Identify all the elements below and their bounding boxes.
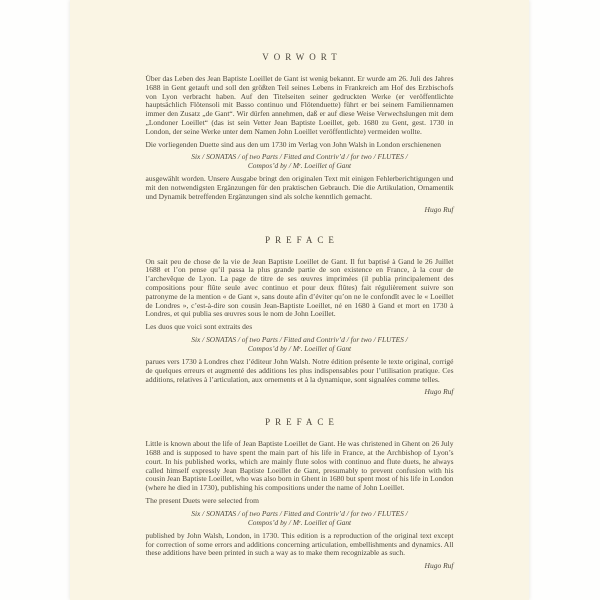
scanned-page: VORWORT Über das Leben des Jean Baptiste… [70,0,529,600]
signature: Hugo Ruf [146,206,454,215]
vorwort-paragraph-1: Über das Leben des Jean Baptiste Loeille… [146,75,454,137]
citation-line: Compos’d by / Mʳ. Loeillet of Gant [146,518,454,527]
signature: Hugo Ruf [146,562,454,571]
citation-block: Six / SONATAS / of two Parts / Fitted an… [146,335,454,353]
preface-french-heading: PREFACE [146,235,454,245]
preface-english-paragraph-2: published by John Walsh, London, in 1730… [146,532,454,558]
preface-english-section: PREFACE Little is known about the life o… [146,417,454,571]
citation-line: Compos’d by / Mʳ. Loeillet of Gant [146,161,454,170]
vorwort-intro-line: Die vorliegenden Duette sind aus den um … [146,141,454,150]
preface-french-paragraph-2: parues vers 1730 à Londres chez l’éditeu… [146,358,454,384]
signature: Hugo Ruf [146,388,454,397]
preface-english-heading: PREFACE [146,417,454,427]
citation-line: Six / SONATAS / of two Parts / Fitted an… [146,152,454,161]
preface-english-paragraph-1: Little is known about the life of Jean B… [146,440,454,493]
vorwort-paragraph-2: ausgewählt worden. Unsere Ausgabe bringt… [146,175,454,201]
citation-block: Six / SONATAS / of two Parts / Fitted an… [146,152,454,170]
vorwort-section: VORWORT Über das Leben des Jean Baptiste… [146,52,454,215]
citation-line: Six / SONATAS / of two Parts / Fitted an… [146,509,454,518]
citation-block: Six / SONATAS / of two Parts / Fitted an… [146,509,454,527]
preface-english-intro-line: The present Duets were selected from [146,497,454,506]
vorwort-heading: VORWORT [146,52,454,62]
citation-line: Six / SONATAS / of two Parts / Fitted an… [146,335,454,344]
page-content: VORWORT Über das Leben des Jean Baptiste… [146,0,454,571]
preface-french-intro-line: Les duos que voici sont extraits des [146,323,454,332]
preface-french-section: PREFACE On sait peu de chose de la vie d… [146,235,454,398]
preface-french-paragraph-1: On sait peu de chose de la vie de Jean B… [146,258,454,320]
citation-line: Compos’d by / Mʳ. Loeillet of Gant [146,344,454,353]
